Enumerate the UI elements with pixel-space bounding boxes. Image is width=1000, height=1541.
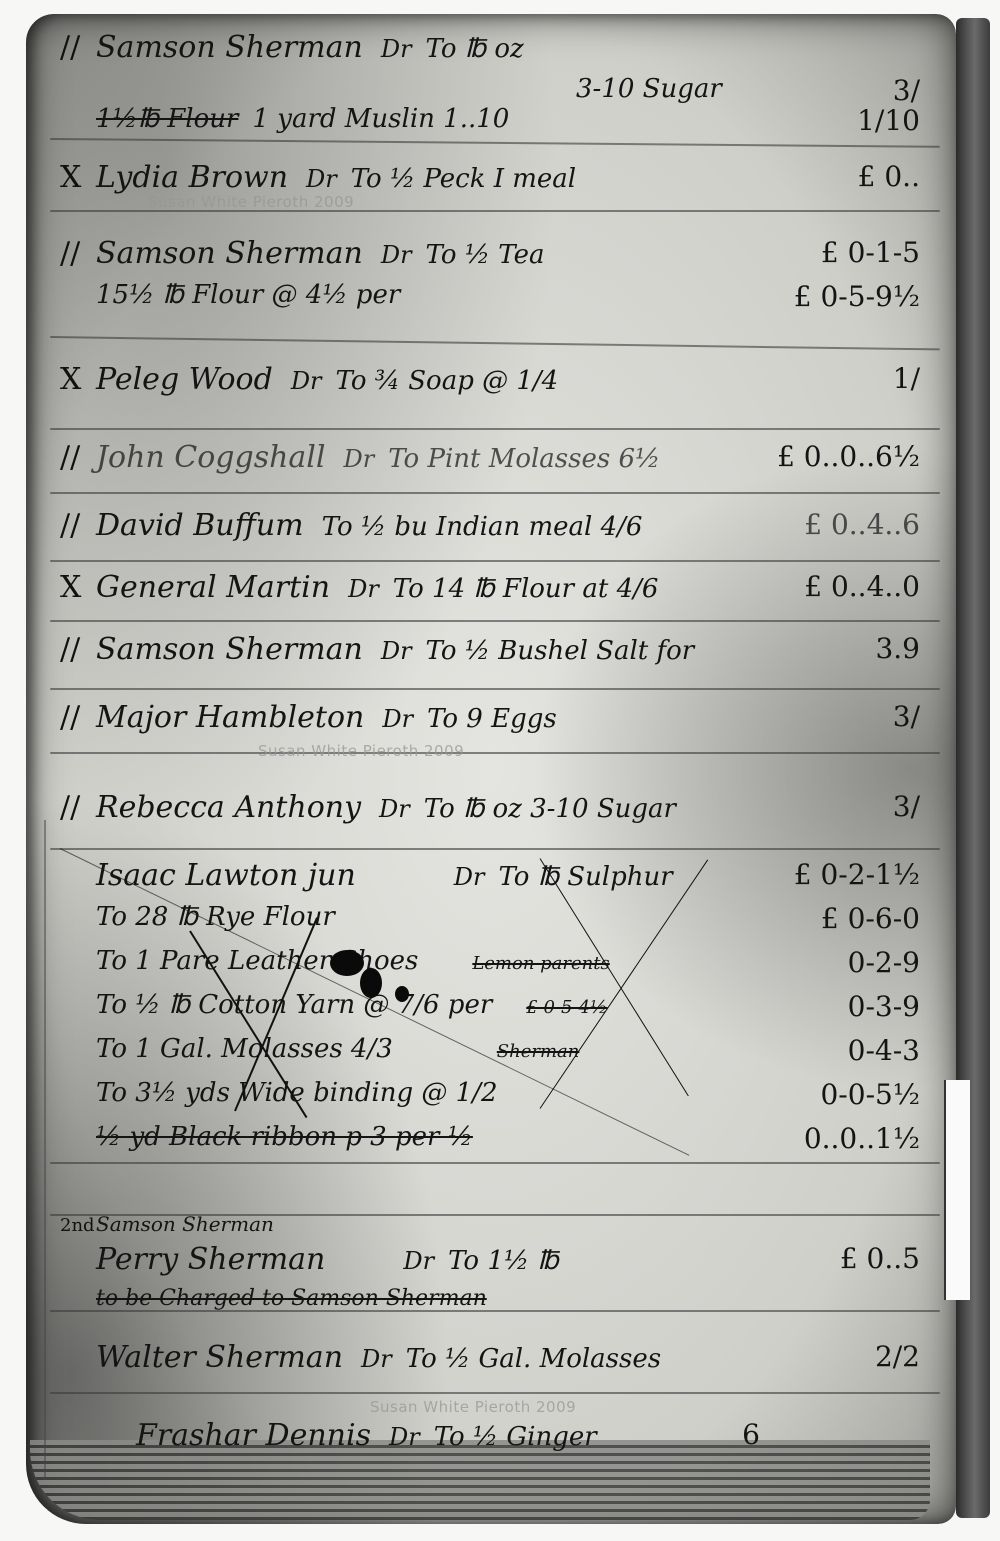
item-description: To ½ Peck I meal (351, 164, 576, 194)
item-description: 15½ ℔ Flour @ 4½ per (96, 280, 400, 310)
ledger-entry: // David Buffum To ½ bu Indian meal 4/6 … (60, 508, 940, 552)
margin-line (44, 820, 46, 1480)
amount: 1/10 (857, 104, 920, 137)
ledger-entry: // Samson Sherman Dr To ½ Tea £ 0-1-5 15… (60, 236, 940, 324)
entry-line: X Peleg Wood Dr To ¾ Soap @ 1/4 1/ (60, 362, 940, 406)
entry-line: To 28 ℔ Rye Flour £ 0-6-0 (60, 902, 940, 946)
settled-mark: // (60, 440, 96, 475)
account-name: Perry Sherman (96, 1242, 325, 1277)
entry-line: 3-10 Sugar 3/ (60, 74, 940, 104)
torn-spine-edge (944, 1080, 970, 1300)
item-description: To 1½ ℔ (448, 1246, 559, 1276)
settled-mark: // (60, 508, 96, 543)
item-description: To 1 Gal. Molasses 4/3 (96, 1034, 393, 1064)
ink-blot (360, 968, 382, 998)
amount: 6 (742, 1418, 760, 1451)
account-name: Rebecca Anthony (96, 790, 361, 825)
entry-line: // David Buffum To ½ bu Indian meal 4/6 … (60, 508, 940, 552)
ledger-entry: Isaac Lawton jun Dr To ℔ Sulphur £ 0-2-1… (60, 858, 940, 1166)
item-description: To ¾ Soap @ 1/4 (336, 366, 559, 396)
ledger-entry: // Samson Sherman Dr To ½ Bushel Salt fo… (60, 632, 940, 676)
entry-line: Isaac Lawton jun Dr To ℔ Sulphur £ 0-2-1… (60, 858, 940, 902)
item-description: To 28 ℔ Rye Flour (96, 902, 335, 932)
ledger-entry: X General Martin Dr To 14 ℔ Flour at 4/6… (60, 570, 940, 614)
amount: £ 0-2-1½ (794, 858, 920, 891)
item-description: To ½ Ginger (434, 1422, 597, 1452)
cancelled-x-mark: X (60, 160, 96, 195)
entry-line: Walter Sherman Dr To ½ Gal. Molasses 2/2 (60, 1340, 940, 1384)
debit-label: Dr (403, 1247, 434, 1275)
account-name: John Coggshall (96, 440, 325, 475)
settled-mark: // (60, 632, 96, 667)
entry-line: To 3½ yds Wide binding @ 1/2 0-0-5½ (60, 1078, 940, 1122)
account-name: Walter Sherman (96, 1340, 343, 1375)
entry-line: 2nd Samson Sherman (60, 1212, 940, 1242)
amount: 3/ (893, 700, 920, 733)
amount: £ 0-5-9½ (794, 280, 920, 313)
cancelled-x-mark: X (60, 362, 96, 397)
entry-line: // Samson Sherman Dr To ½ Bushel Salt fo… (60, 632, 940, 676)
debit-label: Dr (382, 705, 413, 733)
amount: £ 0..4..0 (804, 570, 920, 603)
item-description: To ℔ oz 3-10 Sugar (424, 794, 676, 824)
entry-line: // Samson Sherman Dr To ℔ oz (60, 30, 940, 74)
entry-line: // Rebecca Anthony Dr To ℔ oz 3-10 Sugar… (60, 790, 940, 834)
struck-item: to be Charged to Samson Sherman (96, 1286, 487, 1311)
struck-item: ½ yd Black ribbon p 3 per ½ (96, 1122, 473, 1152)
debit-label: Dr (361, 1345, 392, 1373)
amount: 1/ (893, 362, 920, 395)
item-description: 3-10 Sugar (576, 74, 722, 104)
entry-line: // John Coggshall Dr To Pint Molasses 6½… (60, 440, 940, 484)
entry-line: Perry Sherman Dr To 1½ ℔ £ 0..5 (60, 1242, 940, 1286)
entry-divider (50, 848, 940, 850)
account-name: Samson Sherman (96, 30, 363, 65)
entry-divider (50, 492, 940, 494)
amount: 0-4-3 (848, 1034, 920, 1067)
account-name: Samson Sherman (96, 236, 363, 271)
item-description: To ½ bu Indian meal 4/6 (322, 512, 643, 542)
item-description: To ½ ℔ Cotton Yarn @ 7/6 per (96, 990, 492, 1020)
item-description: To ½ Bushel Salt for (426, 636, 695, 666)
margin-note: Sherman (497, 1041, 580, 1062)
entry-divider (50, 620, 940, 622)
entry-line: 1½℔ Flour 1 yard Muslin 1..10 1/10 (60, 104, 940, 148)
entry-divider (50, 1392, 940, 1394)
ink-blot (395, 986, 409, 1002)
entry-line: To 1 Gal. Molasses 4/3 Sherman 0-4-3 (60, 1034, 940, 1078)
amount: £ 0..0..6½ (777, 440, 920, 473)
entry-line: // Major Hambleton Dr To 9 Eggs 3/ (60, 700, 940, 744)
amount: £ 0-6-0 (821, 902, 920, 935)
item-description: To ½ Tea (426, 240, 545, 270)
amount: 0..0..1½ (804, 1122, 920, 1155)
debit-label: Dr (381, 637, 412, 665)
account-name: Isaac Lawton jun (96, 858, 356, 893)
item-description: To Pint Molasses 6½ (388, 444, 660, 474)
settled-mark: // (60, 30, 96, 65)
entry-line: 15½ ℔ Flour @ 4½ per £ 0-5-9½ (60, 280, 940, 324)
cancelled-x-mark: X (60, 570, 96, 605)
account-name: Samson Sherman (96, 632, 363, 667)
amount: 3.9 (875, 632, 920, 665)
entry-divider (50, 560, 940, 562)
entry-line: to be Charged to Samson Sherman (60, 1286, 940, 1320)
ledger-entry: // John Coggshall Dr To Pint Molasses 6½… (60, 440, 940, 484)
margin-note: Lemon parents (472, 953, 609, 974)
settled-mark: // (60, 236, 96, 271)
ink-blot (330, 950, 364, 976)
struck-item: 1½℔ Flour (96, 104, 238, 134)
item-description: To 14 ℔ Flour at 4/6 (393, 574, 659, 604)
item-description: To ½ Gal. Molasses (406, 1344, 661, 1374)
ledger-entry: X Peleg Wood Dr To ¾ Soap @ 1/4 1/ (60, 362, 940, 406)
amount: 0-0-5½ (820, 1078, 920, 1111)
ledger-entry: // Major Hambleton Dr To 9 Eggs 3/ (60, 700, 940, 744)
entry-mark: 2nd (60, 1215, 96, 1236)
debit-label: Dr (381, 35, 412, 63)
item-description: To ℔ oz (426, 34, 524, 64)
ledger-entry: // Rebecca Anthony Dr To ℔ oz 3-10 Sugar… (60, 790, 940, 834)
debit-label: Dr (291, 367, 322, 395)
amount: 0-3-9 (848, 990, 920, 1023)
account-name: Lydia Brown (96, 160, 288, 195)
amount: £ 0.. (858, 160, 920, 193)
entry-divider (50, 688, 940, 690)
item-description: 1 yard Muslin 1..10 (252, 104, 509, 134)
amount: £ 0..4..6 (804, 508, 920, 541)
account-name: General Martin (96, 570, 330, 605)
entry-line: To 1 Pare Leather Shoes Lemon parents 0-… (60, 946, 940, 990)
margin-note: £ 0-5-4½ (526, 997, 607, 1018)
account-name: David Buffum (96, 508, 304, 543)
debit-label: Dr (389, 1423, 420, 1451)
ledger-entry: 2nd Samson Sherman Perry Sherman Dr To 1… (60, 1212, 940, 1320)
ledger-entry: Walter Sherman Dr To ½ Gal. Molasses 2/2 (60, 1340, 940, 1384)
debit-label: Dr (381, 241, 412, 269)
account-name: Frashar Dennis (136, 1418, 371, 1453)
amount: £ 0..5 (840, 1242, 920, 1275)
entry-line: To ½ ℔ Cotton Yarn @ 7/6 per £ 0-5-4½ 0-… (60, 990, 940, 1034)
entry-divider (50, 752, 940, 754)
amount: 0-2-9 (848, 946, 920, 979)
entry-divider (50, 428, 940, 430)
account-name: Major Hambleton (96, 700, 364, 735)
debit-label: Dr (343, 445, 374, 473)
settled-mark: // (60, 790, 96, 825)
debit-label: Dr (454, 863, 485, 891)
entry-line: X General Martin Dr To 14 ℔ Flour at 4/6… (60, 570, 940, 614)
account-name: Samson Sherman (96, 1212, 274, 1236)
entry-line: Frashar Dennis Dr To ½ Ginger 6 (60, 1418, 940, 1462)
amount: £ 0-1-5 (821, 236, 920, 269)
debit-label: Dr (348, 575, 379, 603)
item-description: To 9 Eggs (427, 704, 557, 734)
entry-line: // Samson Sherman Dr To ½ Tea £ 0-1-5 (60, 236, 940, 280)
ledger-entry: // Samson Sherman Dr To ℔ oz 3-10 Sugar … (60, 30, 940, 148)
amount: 3/ (893, 74, 920, 107)
watermark: Susan White Pieroth 2009 (148, 193, 354, 211)
watermark: Susan White Pieroth 2009 (370, 1398, 576, 1416)
account-name: Peleg Wood (96, 362, 273, 397)
debit-label: Dr (379, 795, 410, 823)
ledger-entry: Frashar Dennis Dr To ½ Ginger 6 (60, 1418, 940, 1462)
settled-mark: // (60, 700, 96, 735)
amount: 2/2 (875, 1340, 920, 1373)
item-description: To ℔ Sulphur (498, 862, 672, 892)
entry-line: ½ yd Black ribbon p 3 per ½ 0..0..1½ (60, 1122, 940, 1166)
debit-label: Dr (306, 165, 337, 193)
watermark: Susan White Pieroth 2009 (258, 742, 464, 760)
amount: 3/ (893, 790, 920, 823)
